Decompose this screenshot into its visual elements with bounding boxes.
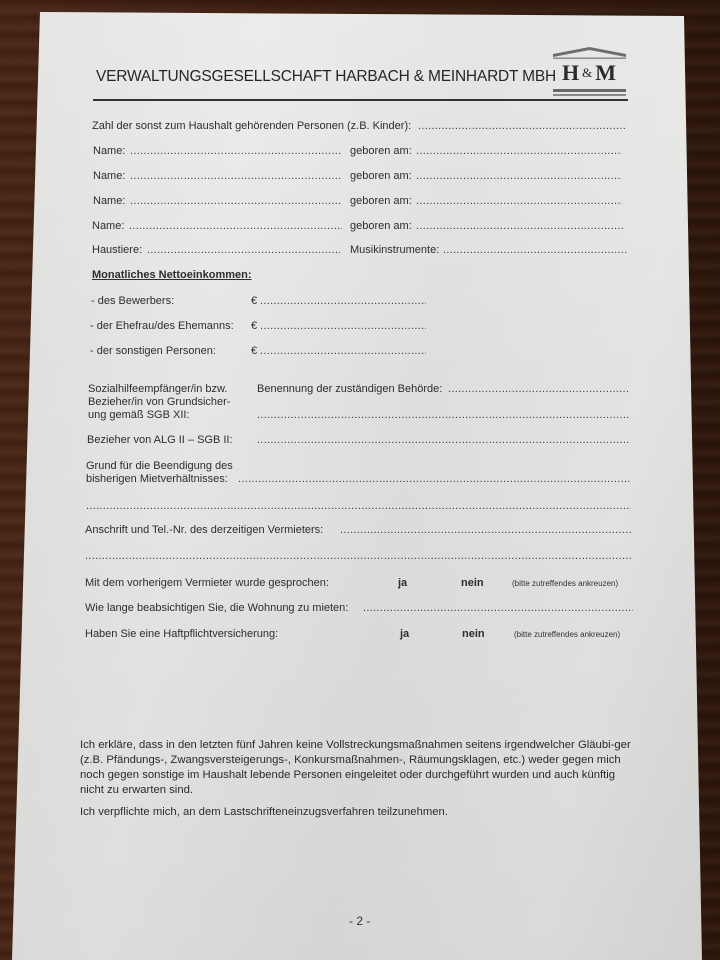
income-heading: Monatliches Nettoeinkommen: <box>92 269 252 281</box>
person-3-name-field[interactable]: ........................................… <box>130 195 342 207</box>
person-2-born-field[interactable]: ........................................… <box>416 170 622 182</box>
euro-symbol: € <box>251 345 257 357</box>
spoke-with-landlord-label: Mit dem vorherigem Vermieter wurde gespr… <box>85 577 329 589</box>
instruments-label: Musikinstrumente: <box>350 244 439 256</box>
alg2-label: Bezieher von ALG II – SGB II: <box>87 434 233 446</box>
person-1-name-label: Name: <box>93 145 125 157</box>
person-3-born-label: geboren am: <box>350 195 412 207</box>
person-4-born-label: geboren am: <box>350 220 412 232</box>
social-welfare-label-line-3: ung gemäß SGB XII: <box>88 409 190 421</box>
household-persons-label: Zahl der sonst zum Haushalt gehörenden P… <box>92 120 411 132</box>
termination-label-line-1: Grund für die Beendigung des <box>86 460 233 472</box>
liability-insurance-hint: (bitte zutreffendes ankreuzen) <box>514 630 620 639</box>
person-1-born-label: geboren am: <box>350 145 412 157</box>
pets-field[interactable]: ........................................… <box>147 244 340 256</box>
liability-insurance-no[interactable]: nein <box>462 628 485 640</box>
person-4-born-field[interactable]: ........................................… <box>416 220 624 232</box>
income-spouse-label: - der Ehefrau/des Ehemanns: <box>90 320 234 332</box>
header-divider <box>93 99 628 101</box>
alg2-field[interactable]: ........................................… <box>257 434 630 446</box>
landlord-contact-field-line-2[interactable]: ........................................… <box>85 550 632 562</box>
spoke-with-landlord-yes[interactable]: ja <box>398 577 407 589</box>
person-4-name-label: Name: <box>92 220 124 232</box>
person-3-born-field[interactable]: ........................................… <box>416 195 622 207</box>
person-1-born-field[interactable]: ........................................… <box>416 145 622 157</box>
liability-insurance-label: Haben Sie eine Haftpflichtversicherung: <box>85 628 278 640</box>
instruments-field[interactable]: ........................................… <box>443 244 627 256</box>
pets-label: Haustiere: <box>92 244 142 256</box>
social-welfare-label-line-1: Sozialhilfeempfänger/in bzw. <box>88 383 227 395</box>
euro-symbol: € <box>251 320 257 332</box>
person-2-name-field[interactable]: ........................................… <box>130 170 342 182</box>
logo-letters: H&M <box>553 60 626 86</box>
euro-symbol: € <box>251 295 257 307</box>
termination-label-line-2: bisherigen Mietverhältnisses: <box>86 473 228 485</box>
income-others-label: - der sonstigen Personen: <box>90 345 216 357</box>
person-3-name-label: Name: <box>93 195 125 207</box>
enforcement-declaration: Ich erkläre, dass in den letzten fünf Ja… <box>80 738 635 798</box>
landlord-contact-field[interactable]: ........................................… <box>340 524 632 536</box>
rental-duration-field[interactable]: ........................................… <box>363 602 633 614</box>
authority-field[interactable]: ........................................… <box>448 383 630 395</box>
person-1-name-field[interactable]: ........................................… <box>130 145 342 157</box>
person-2-born-label: geboren am: <box>350 170 412 182</box>
authority-label: Benennung der zuständigen Behörde: <box>257 383 442 395</box>
house-roof-logo-icon <box>553 47 626 59</box>
page-number: - 2 - <box>349 914 370 928</box>
income-applicant-field[interactable]: ........................................… <box>260 295 426 307</box>
authority-field-line-2[interactable]: ........................................… <box>257 409 630 421</box>
termination-field-line-2[interactable]: ........................................… <box>86 500 631 512</box>
liability-insurance-yes[interactable]: ja <box>400 628 409 640</box>
person-4-name-field[interactable]: ........................................… <box>129 220 342 232</box>
spoke-with-landlord-hint: (bitte zutreffendes ankreuzen) <box>512 579 618 588</box>
income-applicant-label: - des Bewerbers: <box>91 295 174 307</box>
termination-field[interactable]: ........................................… <box>238 473 631 485</box>
direct-debit-declaration: Ich verpflichte mich, an dem Lastschrift… <box>80 806 448 818</box>
person-2-name-label: Name: <box>93 170 125 182</box>
income-spouse-field[interactable]: ........................................… <box>260 320 426 332</box>
household-persons-field[interactable]: ........................................… <box>418 120 626 132</box>
spoke-with-landlord-no[interactable]: nein <box>461 577 484 589</box>
social-welfare-label-line-2: Bezieher/in von Grundsicher- <box>88 396 230 408</box>
company-title: VERWALTUNGSGESELLSCHAFT HARBACH & MEINHA… <box>96 68 556 86</box>
rental-duration-label: Wie lange beabsichtigen Sie, die Wohnung… <box>85 602 348 614</box>
landlord-contact-label: Anschrift und Tel.-Nr. des derzeitigen V… <box>85 524 323 536</box>
company-logo: H&M <box>553 47 626 99</box>
income-others-field[interactable]: ........................................… <box>260 345 426 357</box>
